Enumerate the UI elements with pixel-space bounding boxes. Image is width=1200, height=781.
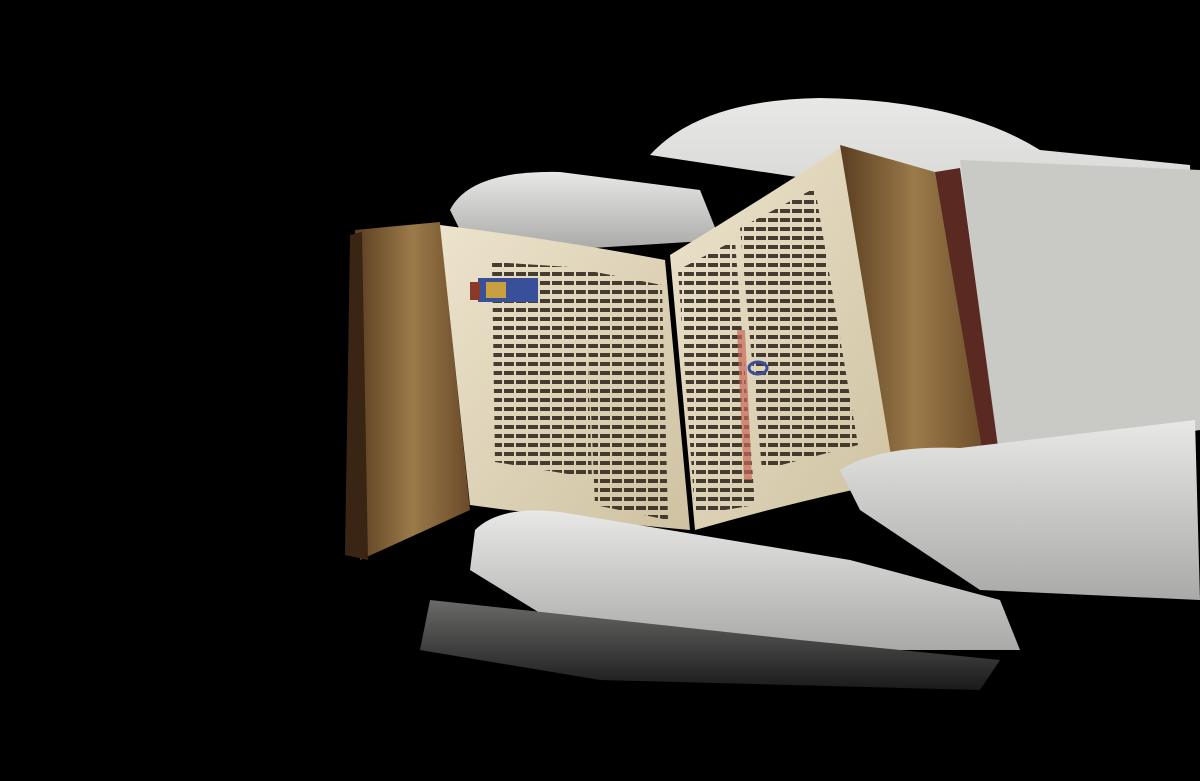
manuscript-photo xyxy=(0,0,1200,781)
photo-scene xyxy=(0,0,1200,781)
